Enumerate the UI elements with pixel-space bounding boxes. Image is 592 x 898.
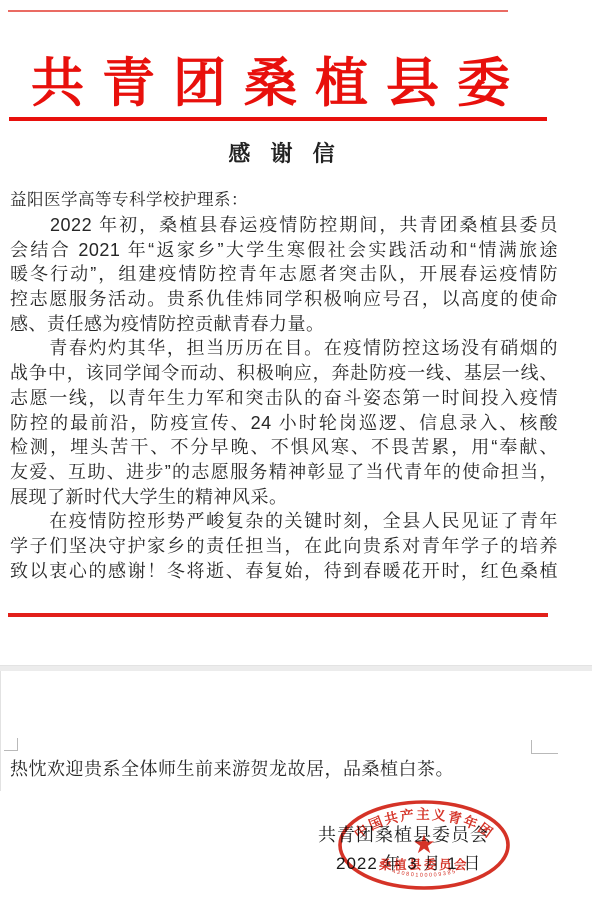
margin-corner-mark-right <box>531 740 532 754</box>
body-line: 会结合 2021 年“返家乡”大学生寒假社会实践活动和“情满旅途 <box>10 238 558 263</box>
document-page: { "letterhead": { "org_name": "共青团桑植县委",… <box>0 0 592 898</box>
body-line: 控志愿服务活动。贵系仇佳炜同学积极响应号召，以高度的使命 <box>10 287 558 312</box>
body-line: 青春灼灼其华，担当历历在目。在疫情防控这场没有硝烟的 <box>10 336 558 361</box>
letterhead-org-name: 共青团桑植县委 <box>31 54 561 112</box>
body-line: 暖冬行动”，组建疫情防控青年志愿者突击队，开展春运疫情防 <box>10 262 558 287</box>
margin-corner-mark-left <box>4 750 18 751</box>
official-seal-graphic: 中国共产主义青年团 ★ 桑植县委员会 43080100009385 <box>336 799 512 893</box>
body-line: 友爱、互助、进步”的志愿服务精神彰显了当代青年的使命担当， <box>10 460 558 485</box>
seal-star-icon: ★ <box>412 829 435 859</box>
body-line: 感、责任感为疫情防控贡献青春力量。 <box>10 312 558 337</box>
body-line: 展现了新时代大学生的精神风采。 <box>10 485 558 510</box>
margin-corner-mark-right <box>531 753 558 754</box>
page1-bottom-red-line <box>8 613 548 617</box>
letterhead-underline <box>9 117 547 121</box>
letter-title: 感 谢 信 <box>0 137 570 168</box>
margin-corner-mark-left <box>17 738 18 751</box>
body-line: 在疫情防控形势严峻复杂的关键时刻，全县人民见证了青年 <box>10 509 558 534</box>
page2-continuation-line: 热忱欢迎贵系全体师生前来游贺龙故居，品桑植白茶。 <box>10 757 558 781</box>
body-line: 防控的最前沿，防疫宣传、24 小时轮岗巡逻、信息录入、核酸 <box>10 411 558 436</box>
body-line: 2022 年初，桑植县春运疫情防控期间，共青团桑植县委员 <box>10 213 558 238</box>
letterhead-top-edge-line <box>8 10 508 12</box>
body-line: 志愿一线，以青年生力军和突击队的奋斗姿态第一时间投入疫情 <box>10 386 558 411</box>
body-line: 学子们坚决守护家乡的责任担当，在此向贵系对青年学子的培养 <box>10 534 558 559</box>
body-paragraphs: 2022 年初，桑植县春运疫情防控期间，共青团桑植县委员会结合 2021 年“返… <box>10 213 558 583</box>
body-line: 战争中，该同学闻令而动、积极响应，奔赴防疫一线、基层一线、 <box>10 361 558 386</box>
body-line: 检测，埋头苦干、不分早晚、不惧风寒、不畏苦累，用“奉献、 <box>10 435 558 460</box>
letter-body: 益阳医学高等专科学校护理系： 2022 年初，桑植县春运疫情防控期间，共青团桑植… <box>10 188 558 583</box>
salutation: 益阳医学高等专科学校护理系： <box>10 188 558 213</box>
body-line: 致以衷心的感谢！冬将逝、春复始，待到春暖花开时，红色桑植 <box>10 559 558 584</box>
page-break-divider <box>0 665 592 671</box>
page2-left-edge <box>0 671 1 791</box>
official-seal: 中国共产主义青年团 ★ 桑植县委员会 43080100009385 <box>336 799 512 893</box>
